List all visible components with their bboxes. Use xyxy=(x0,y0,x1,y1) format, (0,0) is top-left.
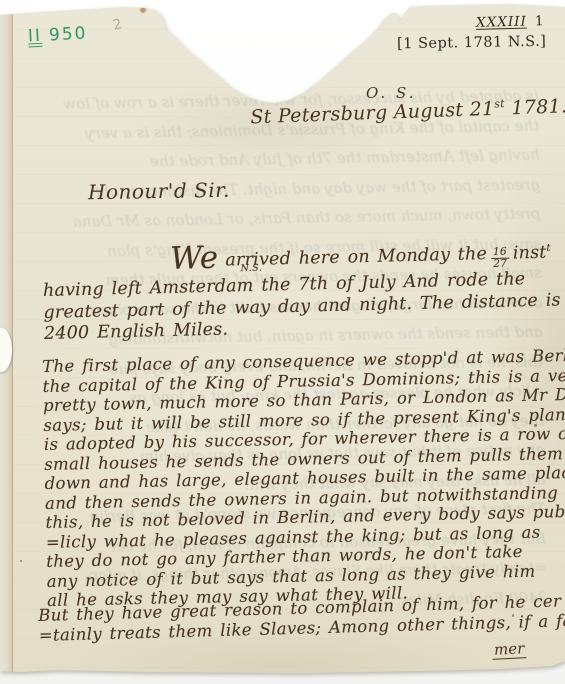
new-style-day: 27 xyxy=(491,259,509,270)
dateline-ordinal: st xyxy=(494,97,505,110)
series-item-number: 1 xyxy=(535,13,545,29)
catchword: mer xyxy=(492,639,527,660)
ink-speck xyxy=(20,560,22,562)
dateline-year: 1781. xyxy=(511,95,565,119)
accession-number: 950 xyxy=(49,23,88,45)
ns-superscript-note: N.S. xyxy=(240,258,262,280)
volume-numeral: II xyxy=(28,26,43,47)
pencil-number: 2 xyxy=(111,16,124,34)
ghost-line: having left Amsterdam the 7th of July An… xyxy=(24,141,539,179)
superscript: t xyxy=(546,243,550,254)
paragraph-2: The first place of any consequence we st… xyxy=(42,345,565,610)
dateline-text: St Petersburg August 21 xyxy=(250,98,495,129)
new-style-date-annotation: [1 Sept. 1781 N.S.] xyxy=(397,34,547,53)
dateline: St Petersburg August 21st 1781. xyxy=(250,95,565,128)
series-annotation: XXXIII1 xyxy=(476,13,545,31)
archival-number-green: II950 xyxy=(28,23,88,46)
old-style-note: O. S. xyxy=(366,84,416,102)
line-text: arrived here on Monday the xyxy=(225,244,487,270)
opening-word: We xyxy=(170,240,219,277)
series-numeral: XXXIII xyxy=(476,14,527,31)
ghost-line: pretty town, much more so than Paris, or… xyxy=(25,200,540,238)
manuscript-letter-scan: is adopted by his successor, for whereve… xyxy=(0,0,565,684)
dual-date-fraction: 1627 xyxy=(491,247,509,270)
salutation: Honour'd Sir. xyxy=(88,178,230,204)
line-text: inst xyxy=(513,243,547,264)
paper-shadow-wrap: is adopted by his successor, for whereve… xyxy=(0,0,565,684)
paragraph-1: Wearrived here on Monday the1627instt N.… xyxy=(42,236,565,345)
torn-letter-paper: is adopted by his successor, for whereve… xyxy=(0,0,565,684)
